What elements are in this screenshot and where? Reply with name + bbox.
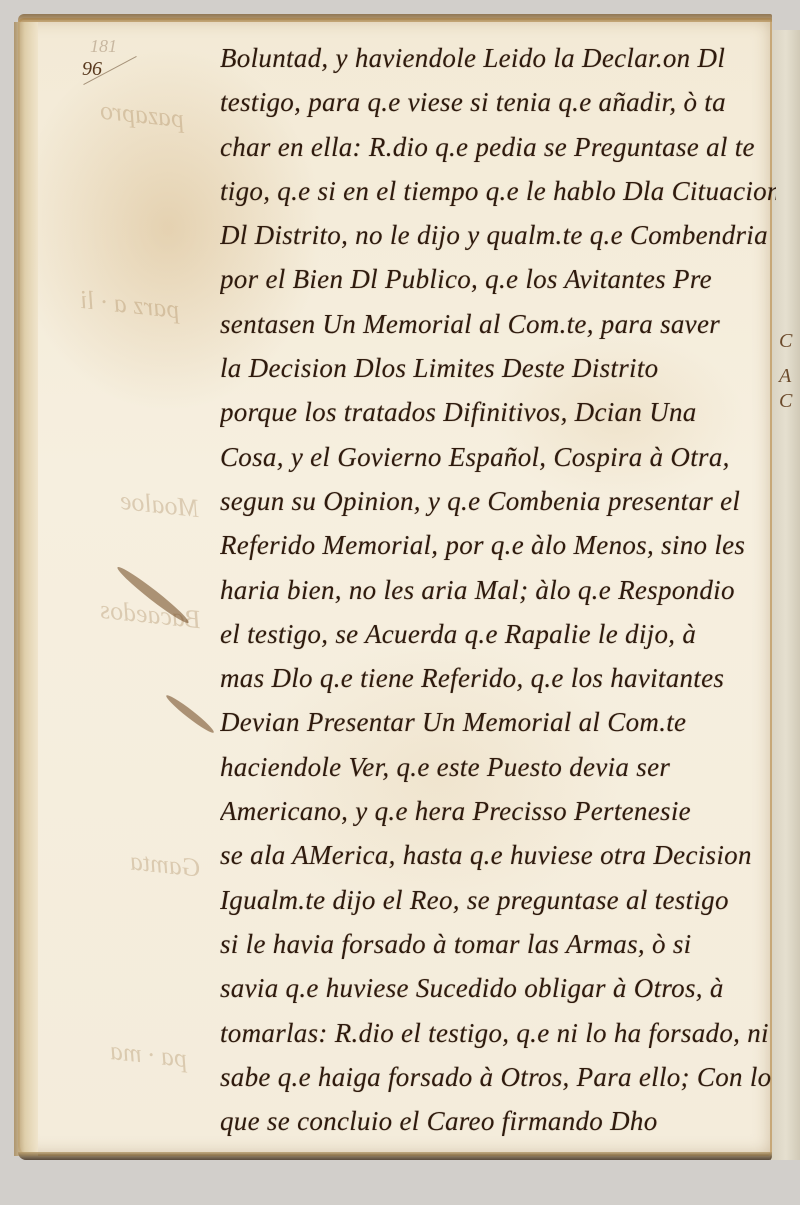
text-line: Devian Presentar Un Memorial al Com.te [220,700,776,744]
text-line: se ala AMerica, hasta q.e huviese otra D… [220,833,776,877]
text-line: char en ella: R.dio q.e pedia se Pregunt… [220,125,776,169]
text-line: Igualm.te dijo el Reo, se preguntase al … [220,878,776,922]
old-folio-number: 181 [90,36,117,57]
text-line: Boluntad, y haviendole Leido la Declar.o… [220,36,776,80]
text-line: haciendole Ver, q.e este Puesto devia se… [220,745,776,789]
adjacent-leaf-letter: C [779,390,792,413]
text-line: por el Bien Dl Publico, q.e los Avitante… [220,257,776,301]
text-line: si le havia forsado à tomar las Armas, ò… [220,922,776,966]
adjacent-leaf-letter: C [779,330,792,353]
text-line: porque los tratados Difinitivos, Dcian U… [220,390,776,434]
text-line: la Decision Dlos Limites Deste Distrito [220,346,776,390]
text-line: que se concluio el Careo firmando Dho [220,1099,776,1143]
text-line: segun su Opinion, y q.e Combenia present… [220,479,776,523]
text-line: mas Dlo q.e tiene Referido, q.e los havi… [220,656,776,700]
page-edge-left [14,22,38,1156]
text-line: Americano, y q.e hera Precisso Pertenesi… [220,789,776,833]
text-line: sabe q.e haiga forsado à Otros, Para ell… [220,1055,776,1099]
text-line: Cosa, y el Govierno Español, Cospira à O… [220,435,776,479]
text-line: tomarlas: R.dio el testigo, q.e ni lo ha… [220,1011,776,1055]
page-edge-bottom [18,1152,772,1160]
folio-number: 96 [82,58,102,81]
text-line: sentasen Un Memorial al Com.te, para sav… [220,302,776,346]
adjacent-leaf-letter: A [779,365,791,388]
text-line: Referido Memorial, por q.e àlo Menos, si… [220,523,776,567]
text-line: haria bien, no les aria Mal; àlo q.e Res… [220,568,776,612]
text-line: savia q.e huviese Sucedido obligar à Otr… [220,966,776,1010]
manuscript-text: Boluntad, y haviendole Leido la Declar.o… [220,36,776,1143]
text-line: Dl Distrito, no le dijo y qualm.te q.e C… [220,213,776,257]
page-edge-top [18,14,772,22]
text-line: testigo, para q.e viese si tenia q.e aña… [220,80,776,124]
text-line: el testigo, se Acuerda q.e Rapalie le di… [220,612,776,656]
text-line: tigo, q.e si en el tiempo q.e le hablo D… [220,169,776,213]
